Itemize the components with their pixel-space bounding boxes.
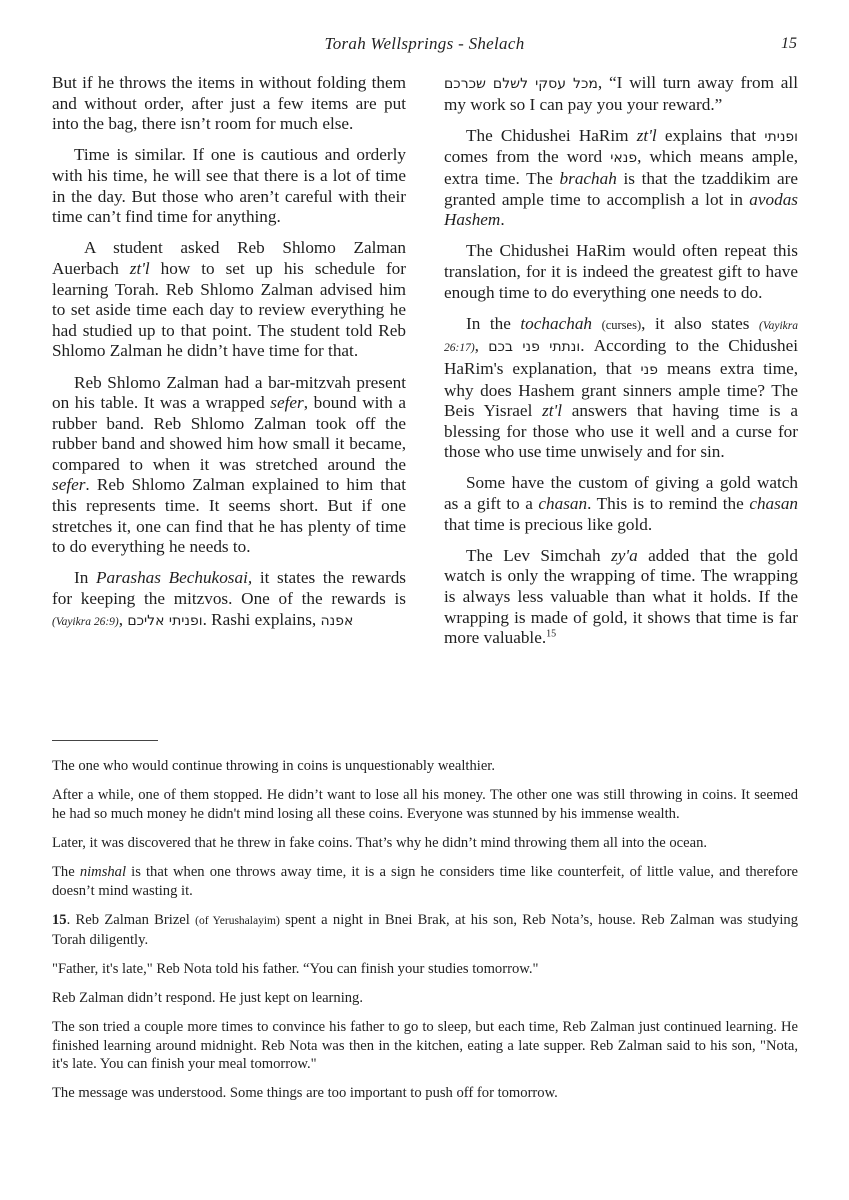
- footnote-paragraph: After a while, one of them stopped. He d…: [52, 786, 798, 823]
- right-column: מכל עסקי לשלם שכרכם, “I will turn away f…: [444, 73, 798, 659]
- text: .: [500, 210, 504, 229]
- text: . Reb Zalman Brizel: [67, 912, 196, 928]
- paragraph: Time is similar. If one is cautious and …: [52, 145, 406, 227]
- honorific: zy'a: [611, 546, 638, 565]
- footnote-paragraph: The son tried a couple more times to con…: [52, 1018, 798, 1074]
- text: ,: [475, 336, 489, 355]
- italic-term: sefer: [52, 475, 85, 494]
- footnote-number: 15: [52, 912, 67, 928]
- paragraph: In Parashas Bechukosai, it states the re…: [52, 568, 406, 632]
- text: In: [74, 568, 96, 587]
- source-citation: (Vayikra 26:9): [52, 616, 119, 628]
- footnotes-section: The one who would continue throwing in c…: [52, 757, 798, 1114]
- italic-term: tochachah: [520, 314, 592, 333]
- honorific: zt'l: [130, 259, 150, 278]
- footnote-paragraph: Later, it was discovered that he threw i…: [52, 834, 798, 853]
- italic-term: brachah: [560, 169, 617, 188]
- text: explains that: [657, 126, 765, 145]
- footnote-paragraph: The nimshal is that when one throws away…: [52, 863, 798, 900]
- paragraph: But if he throws the items in without fo…: [52, 73, 406, 135]
- text: is that when one throws away time, it is…: [52, 864, 798, 899]
- text: In the: [466, 314, 520, 333]
- running-header: Torah Wellsprings - Shelach 15: [0, 34, 849, 56]
- footnote-paragraph: The message was understood. Some things …: [52, 1084, 798, 1103]
- honorific: zt'l: [542, 401, 562, 420]
- paragraph: Reb Shlomo Zalman had a bar-mitzvah pres…: [52, 373, 406, 558]
- footnote-paragraph: The one who would continue throwing in c…: [52, 757, 798, 776]
- paragraph: The Chidushei HaRim would often repeat t…: [444, 241, 798, 303]
- paragraph: The Lev Simchah zy'a added that the gold…: [444, 546, 798, 649]
- italic-term: sefer: [270, 393, 303, 412]
- footnote-15: 15. Reb Zalman Brizel (of Yerushalayim) …: [52, 911, 798, 949]
- paragraph: A student asked Reb Shlomo Zalman Auerba…: [52, 238, 406, 362]
- italic-term: Parashas Bechukosai,: [96, 568, 252, 587]
- hebrew-quote: מכל עסקי לשלם שכרכם: [444, 76, 598, 92]
- text: [592, 314, 602, 333]
- page-number: 15: [781, 35, 797, 53]
- text: . Rashi explains,: [203, 610, 321, 629]
- footnote-paragraph: Reb Zalman didn’t respond. He just kept …: [52, 989, 798, 1008]
- paragraph: מכל עסקי לשלם שכרכם, “I will turn away f…: [444, 73, 798, 115]
- italic-term: nimshal: [80, 864, 126, 880]
- hebrew-quote: פנאי: [610, 150, 637, 166]
- gloss: (of Yerushalayim): [195, 915, 280, 927]
- header-title: Torah Wellsprings - Shelach: [0, 34, 849, 54]
- left-column: But if he throws the items in without fo…: [52, 73, 406, 643]
- gloss: (curses): [602, 318, 642, 332]
- footnote-paragraph: "Father, it's late," Reb Nota told his f…: [52, 960, 798, 979]
- hebrew-quote: אפנה: [320, 613, 353, 629]
- footnote-divider: [52, 740, 158, 741]
- hebrew-quote: ונתתי פני בכם: [488, 339, 580, 355]
- text: comes from the word: [444, 147, 610, 166]
- paragraph: Some have the custom of giving a gold wa…: [444, 473, 798, 535]
- paragraph: The Chidushei HaRim zt'l explains that ו…: [444, 126, 798, 231]
- text: . This is to remind the: [587, 494, 749, 513]
- text: , it also states: [641, 314, 759, 333]
- paragraph: In the tochachah (curses), it also state…: [444, 314, 798, 463]
- honorific: zt'l: [637, 126, 657, 145]
- hebrew-quote: ופניתי: [764, 129, 798, 145]
- italic-term: chasan: [749, 494, 798, 513]
- hebrew-quote: פני: [641, 362, 658, 378]
- text: that time is precious like gold.: [444, 515, 652, 534]
- text: The: [52, 864, 80, 880]
- text: . Reb Shlomo Zalman explained to him tha…: [52, 475, 406, 556]
- hebrew-quote: ופניתי אליכם: [127, 613, 202, 629]
- text: The Lev Simchah: [466, 546, 611, 565]
- italic-term: chasan: [538, 494, 587, 513]
- footnote-reference[interactable]: 15: [546, 628, 556, 639]
- text: The Chidushei HaRim: [466, 126, 637, 145]
